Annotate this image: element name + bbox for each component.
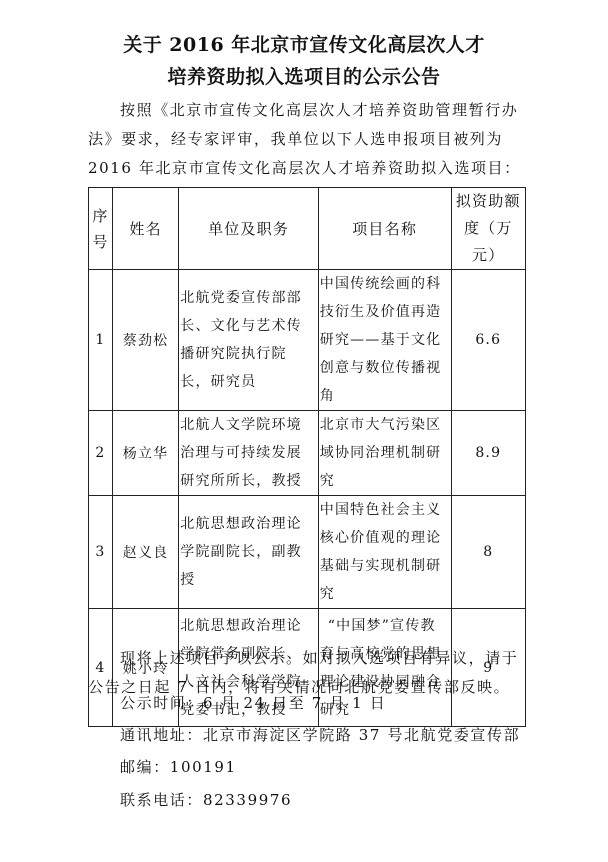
cell-no: 3 [89, 496, 113, 609]
table-row: 1 蔡劲松 北航党委宣传部部长、文化与艺术传播研究院执行院长，研究员 中国传统绘… [89, 270, 526, 411]
title-line-1: 关于 2016 年北京市宣传文化高层次人才 [0, 30, 608, 60]
header-no: 序号 [89, 188, 113, 270]
mailing-address: 通讯地址：北京市海淀区学院路 37 号北航党委宣传部 [88, 721, 528, 750]
publicity-period: 公示时间：6 月 24 日至 7 月 1 日 [88, 689, 528, 718]
cell-amount: 6.6 [451, 270, 525, 411]
cell-unit: 北航思想政治理论学院副院长，副教授 [179, 496, 319, 609]
cell-project: 北京市大气污染区域协同治理机制研究 [318, 411, 451, 496]
header-name: 姓名 [112, 188, 178, 270]
cell-name: 杨立华 [112, 411, 178, 496]
header-unit: 单位及职务 [179, 188, 319, 270]
cell-name: 蔡劲松 [112, 270, 178, 411]
cell-name: 赵义良 [112, 496, 178, 609]
cell-no: 2 [89, 411, 113, 496]
cell-amount: 8 [451, 496, 525, 609]
table-row: 3 赵义良 北航思想政治理论学院副院长，副教授 中国特色社会主义核心价值观的理论… [89, 496, 526, 609]
cell-amount: 8.9 [451, 411, 525, 496]
table-row: 2 杨立华 北航人文学院环境治理与可持续发展研究所所长，教授 北京市大气污染区域… [89, 411, 526, 496]
cell-project: 中国传统绘画的科技衍生及价值再造研究——基于文化创意与数位传播视角 [318, 270, 451, 411]
title-line-2: 培养资助拟入选项目的公示公告 [0, 62, 608, 92]
cell-unit: 北航党委宣传部部长、文化与艺术传播研究院执行院长，研究员 [179, 270, 319, 411]
cell-no: 1 [89, 270, 113, 411]
cell-unit: 北航人文学院环境治理与可持续发展研究所所长，教授 [179, 411, 319, 496]
contact-phone: 联系电话：82339976 [88, 786, 528, 815]
header-amount: 拟资助额度（万元） [451, 188, 525, 270]
table-header-row: 序号 姓名 单位及职务 项目名称 拟资助额度（万元） [89, 188, 526, 270]
header-project: 项目名称 [318, 188, 451, 270]
postcode: 邮编：100191 [88, 753, 528, 782]
cell-project: 中国特色社会主义核心价值观的理论基础与实现机制研究 [318, 496, 451, 609]
intro-paragraph: 按照《北京市宣传文化高层次人才培养资助管理暂行办法》要求，经专家评审，我单位以下… [88, 96, 528, 183]
